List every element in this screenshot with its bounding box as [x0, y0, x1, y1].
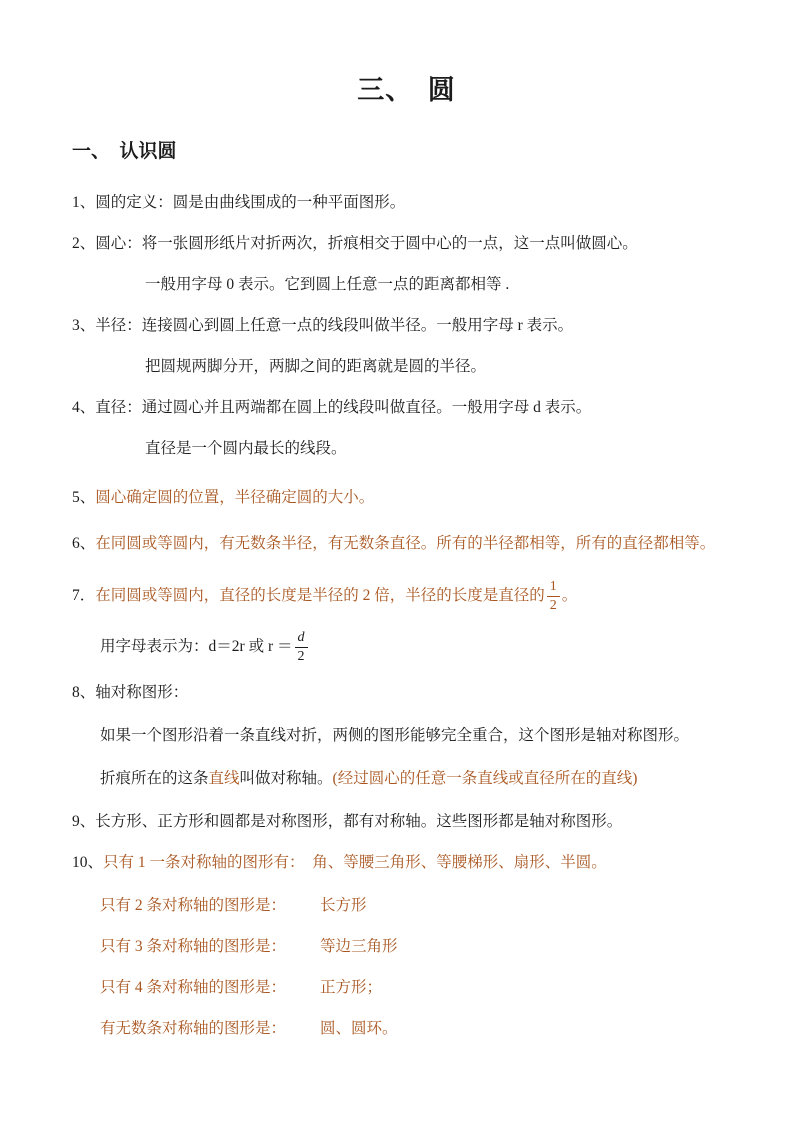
item-10-text: 只有 1 一条对称轴的图形有： 角、等腰三角形、等腰梯形、扇形、半圆。 — [103, 854, 607, 871]
item-3-number: 3、 — [72, 317, 95, 334]
list-item-5: 5、圆心确定圆的位置，半径确定圆的大小。 — [72, 487, 741, 508]
item-3-continuation-text: 把圆规两脚分开，两脚之间的距离就是圆的半径。 — [145, 358, 486, 375]
list-item-7: 7．在同圆或等圆内，直径的长度是半径的 2 倍，半径的长度是直径的12。 — [72, 580, 741, 613]
formula-or: 或 — [245, 638, 268, 655]
item-5-number: 5、 — [72, 489, 95, 506]
formula-lead: 用字母表示为： — [100, 638, 209, 655]
item-8-continuation-2-highlight: 直线 — [209, 770, 240, 787]
axes-2-answer: 长方形 — [320, 897, 367, 914]
fraction-denominator: 2 — [295, 648, 308, 664]
item-1-number: 1、 — [72, 194, 95, 211]
list-item-8: 8、轴对称图形： — [72, 682, 741, 703]
axes-3-answer: 等边三角形 — [320, 938, 398, 955]
axes-infinite-label: 有无数条对称轴的图形是： — [100, 1020, 286, 1037]
item-4-continuation: 直径是一个圆内最长的线段。 — [72, 438, 741, 459]
item-2-continuation-text: 一般用字母 0 表示。它到圆上任意一点的距离都相等 . — [145, 276, 509, 293]
fraction-one-half: 12 — [547, 580, 560, 613]
item-7-after-fraction: 。 — [562, 587, 578, 604]
item-10-sub-infinite-axes: 有无数条对称轴的图形是：圆、圆环。 — [72, 1018, 741, 1039]
list-item-3: 3、半径：连接圆心到圆上任意一点的线段叫做半径。一般用字母 r 表示。 — [72, 315, 741, 336]
item-8-continuation-2-parenthetical: (经过圆心的任意一条直线或直径所在的直线) — [333, 770, 638, 787]
item-8-continuation-2-part3: 叫做对称轴。 — [240, 770, 333, 787]
item-8-continuation-1: 如果一个图形沿着一条直线对折，两侧的图形能够完全重合，这个图形是轴对称图形。 — [72, 725, 741, 746]
list-item-10: 10、只有 1 一条对称轴的图形有： 角、等腰三角形、等腰梯形、扇形、半圆。 — [72, 852, 741, 873]
item-9-number: 9、 — [72, 813, 95, 830]
item-3-continuation: 把圆规两脚分开，两脚之间的距离就是圆的半径。 — [72, 356, 741, 377]
document-page: 三、 圆 一、 认识圆 1、圆的定义：圆是由曲线围成的一种平面图形。 2、圆心：… — [0, 0, 793, 1122]
item-7-text: 在同圆或等圆内，直径的长度是半径的 2 倍，半径的长度是直径的 — [95, 587, 545, 604]
item-6-text: 在同圆或等圆内，有无数条半径，有无数条直径。所有的半径都相等，所有的直径都相等。 — [95, 535, 715, 552]
fraction-d-over-2: d2 — [295, 631, 308, 664]
item-8-text: 轴对称图形： — [95, 684, 188, 701]
item-8-continuation-1-text: 如果一个图形沿着一条直线对折，两侧的图形能够完全重合，这个图形是轴对称图形。 — [100, 727, 689, 744]
item-8-continuation-2-part1: 折痕所在的这条 — [100, 770, 209, 787]
item-7-formula: 用字母表示为：d＝2r 或 r ＝d2 — [72, 631, 741, 664]
axes-4-answer: 正方形； — [320, 979, 382, 996]
item-4-continuation-text: 直径是一个圆内最长的线段。 — [145, 440, 347, 457]
item-2-number: 2、 — [72, 235, 95, 252]
item-8-continuation-2: 折痕所在的这条直线叫做对称轴。(经过圆心的任意一条直线或直径所在的直线) — [72, 768, 741, 789]
axes-4-label: 只有 4 条对称轴的图形是： — [100, 979, 286, 996]
item-2-continuation: 一般用字母 0 表示。它到圆上任意一点的距离都相等 . — [72, 274, 741, 295]
item-10-sub-2-axes: 只有 2 条对称轴的图形是：长方形 — [72, 895, 741, 916]
formula-d-equals-2r: d＝2r — [209, 638, 245, 655]
axes-2-label: 只有 2 条对称轴的图形是： — [100, 897, 286, 914]
formula-r-equals: r ＝ — [268, 638, 293, 655]
list-item-4: 4、直径：通过圆心并且两端都在圆上的线段叫做直径。一般用字母 d 表示。 — [72, 397, 741, 418]
axes-3-label: 只有 3 条对称轴的图形是： — [100, 938, 286, 955]
item-10-sub-3-axes: 只有 3 条对称轴的图形是：等边三角形 — [72, 936, 741, 957]
item-8-number: 8、 — [72, 684, 95, 701]
list-item-1: 1、圆的定义：圆是由曲线围成的一种平面图形。 — [72, 192, 741, 213]
item-10-number: 10、 — [72, 854, 103, 871]
fraction-numerator: 1 — [547, 580, 560, 597]
axes-infinite-answer: 圆、圆环。 — [320, 1020, 398, 1037]
item-5-text: 圆心确定圆的位置，半径确定圆的大小。 — [95, 489, 374, 506]
item-1-text: 圆的定义：圆是由曲线围成的一种平面图形。 — [95, 194, 405, 211]
item-3-text: 半径：连接圆心到圆上任意一点的线段叫做半径。一般用字母 r 表示。 — [95, 317, 573, 334]
item-9-text: 长方形、正方形和圆都是对称图形，都有对称轴。这些图形都是轴对称图形。 — [95, 813, 622, 830]
list-item-6: 6、在同圆或等圆内，有无数条半径，有无数条直径。所有的半径都相等，所有的直径都相… — [72, 533, 741, 554]
section-heading: 一、 认识圆 — [72, 140, 741, 164]
fraction-numerator: d — [295, 631, 308, 648]
item-2-text: 圆心：将一张圆形纸片对折两次，折痕相交于圆中心的一点，这一点叫做圆心。 — [95, 235, 638, 252]
item-10-sub-4-axes: 只有 4 条对称轴的图形是：正方形； — [72, 977, 741, 998]
item-4-text: 直径：通过圆心并且两端都在圆上的线段叫做直径。一般用字母 d 表示。 — [95, 399, 591, 416]
item-7-number: 7． — [72, 587, 95, 604]
item-4-number: 4、 — [72, 399, 95, 416]
item-6-number: 6、 — [72, 535, 95, 552]
list-item-9: 9、长方形、正方形和圆都是对称图形，都有对称轴。这些图形都是轴对称图形。 — [72, 811, 741, 832]
fraction-denominator: 2 — [547, 597, 560, 613]
page-title: 三、 圆 — [72, 74, 741, 106]
list-item-2: 2、圆心：将一张圆形纸片对折两次，折痕相交于圆中心的一点，这一点叫做圆心。 — [72, 233, 741, 254]
